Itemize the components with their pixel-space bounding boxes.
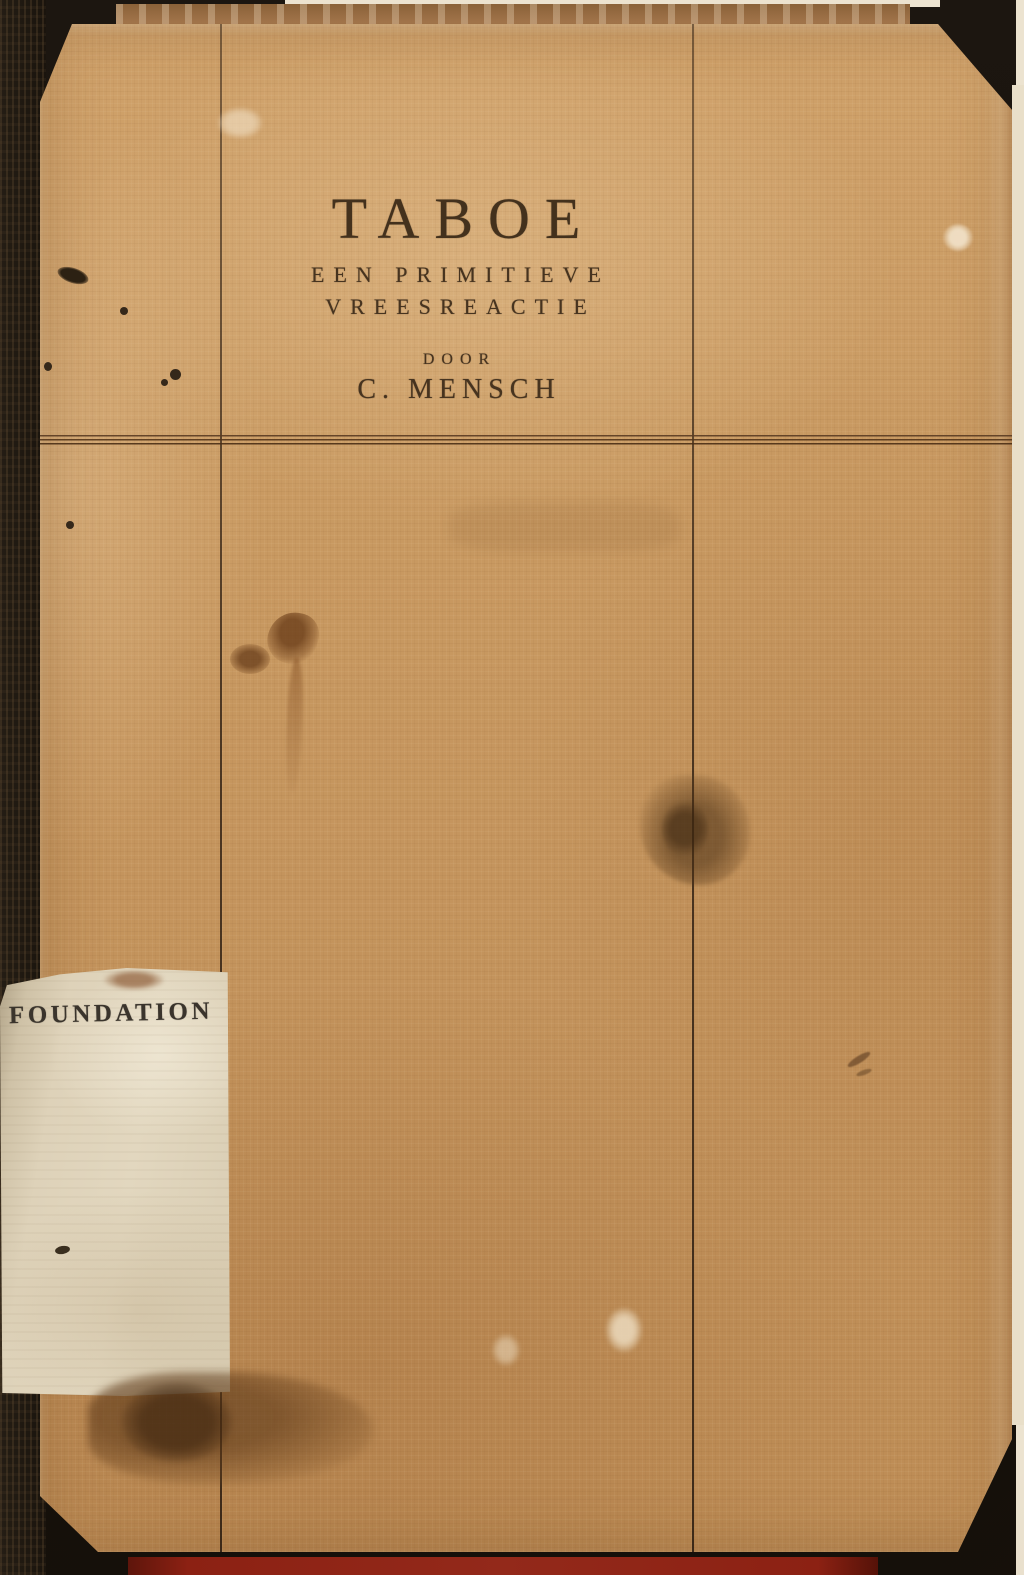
foundation-label-text: FOUNDATION	[9, 998, 214, 1031]
book-subtitle-line2: VREESREACTIE	[220, 291, 692, 323]
book-author: C. MENSCH	[220, 374, 692, 406]
book-subtitle-line1: EEN PRIMITIEVE	[220, 259, 692, 291]
right-edge-wear	[984, 24, 1012, 1552]
scan-background-right-edge	[1012, 85, 1024, 1425]
title-block: TABOE EEN PRIMITIEVE VREESREACTIE DOOR C…	[220, 188, 692, 406]
book-title: TABOE	[220, 188, 692, 250]
crease-line-right	[692, 24, 694, 1552]
book-byline: DOOR	[220, 351, 692, 369]
foundation-label: FOUNDATION	[0, 968, 230, 1396]
horizontal-rule	[40, 434, 1012, 447]
bottom-red-edge	[128, 1557, 878, 1575]
book-cover-scan: TABOE EEN PRIMITIEVE VREESREACTIE DOOR C…	[0, 0, 1024, 1575]
